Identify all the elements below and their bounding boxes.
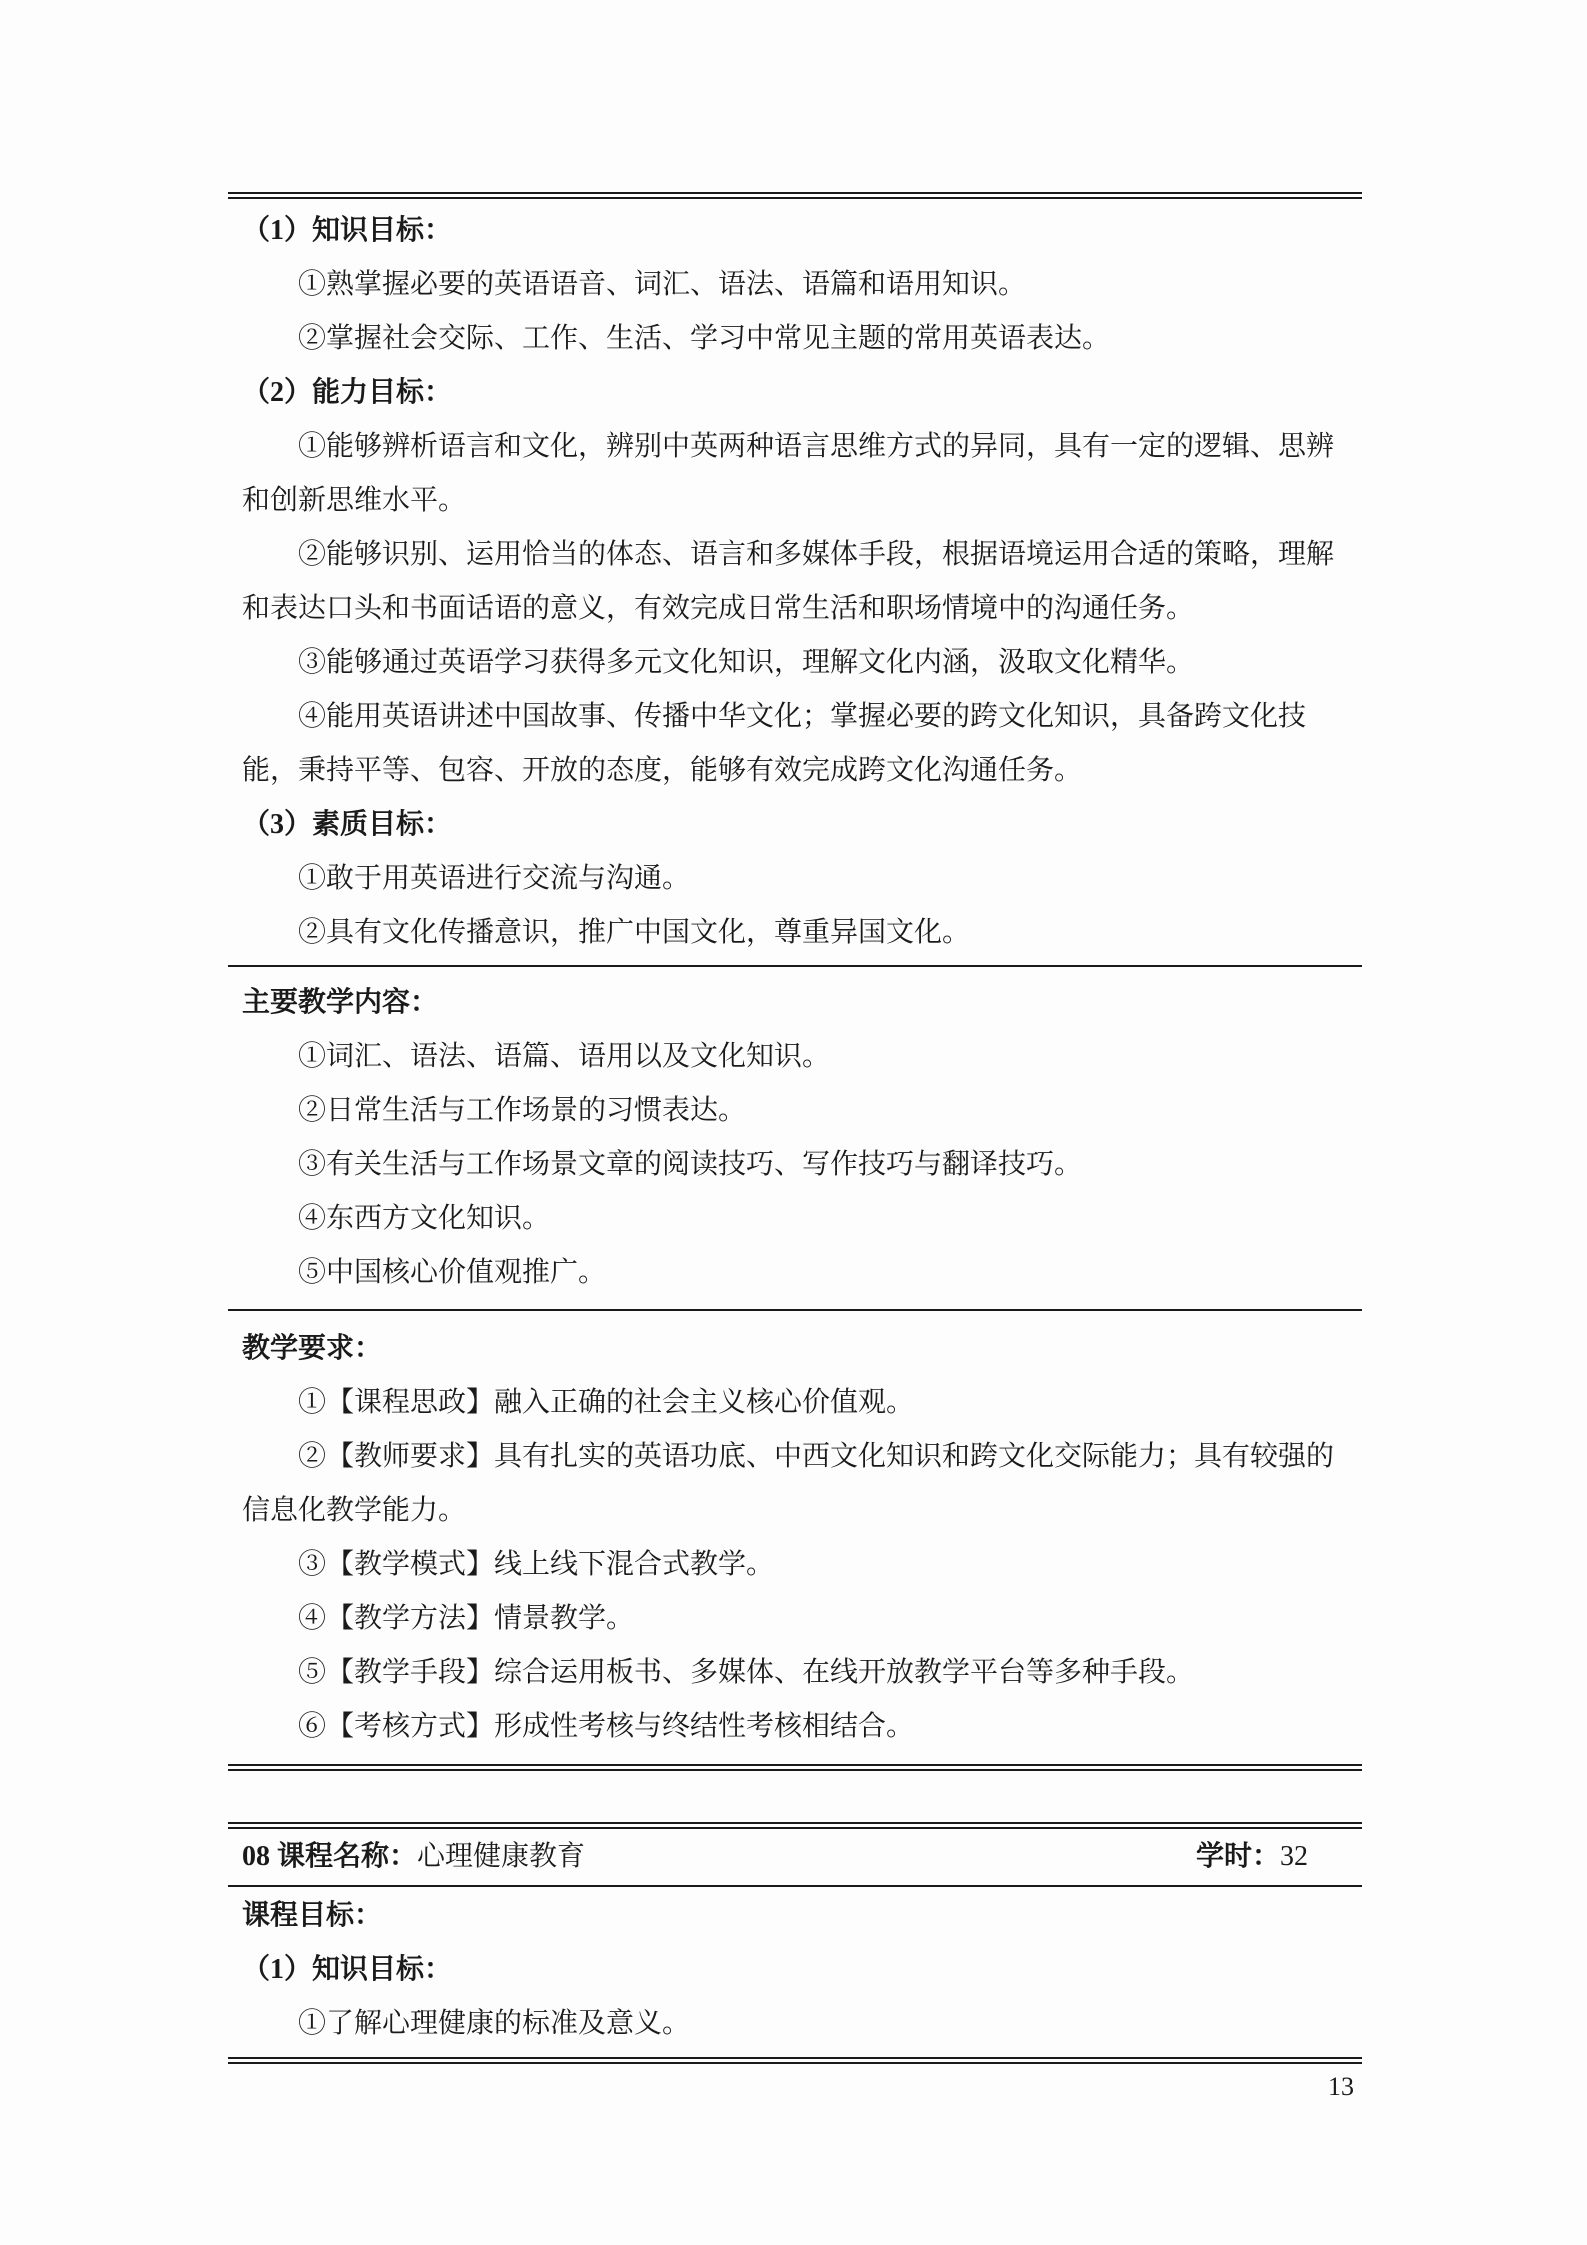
course-table-top-border xyxy=(228,1822,1362,1829)
objective-line-continuation: 和创新思维水平。 xyxy=(242,474,1348,528)
teaching-requirements-heading: 教学要求： xyxy=(242,1322,1348,1376)
requirement-line: ③【教学模式】线上线下混合式教学。 xyxy=(242,1538,1348,1592)
objective-line-continuation: 和表达口头和书面话语的意义，有效完成日常生活和职场情境中的沟通任务。 xyxy=(242,582,1348,636)
requirement-line: ④【教学方法】情景教学。 xyxy=(242,1592,1348,1646)
requirement-line: ①【课程思政】融入正确的社会主义核心价值观。 xyxy=(242,1376,1348,1430)
objective-line: ①熟掌握必要的英语语音、词汇、语法、语篇和语用知识。 xyxy=(242,258,1348,312)
hours-value: 32 xyxy=(1280,1841,1308,1872)
syllabus-document: （1）知识目标： ①熟掌握必要的英语语音、词汇、语法、语篇和语用知识。 ②掌握社… xyxy=(228,192,1362,2064)
knowledge-objectives-heading: （1）知识目标： xyxy=(242,204,1348,258)
objective-line: ①敢于用英语进行交流与沟通。 xyxy=(242,852,1348,906)
objective-line-continuation: 能，秉持平等、包容、开放的态度，能够有效完成跨文化沟通任务。 xyxy=(242,744,1348,798)
hours-label: 学时： xyxy=(1196,1841,1280,1872)
content-item: ①词汇、语法、语篇、语用以及文化知识。 xyxy=(242,1030,1348,1084)
requirement-line: ⑤【教学手段】综合运用板书、多媒体、在线开放教学平台等多种手段。 xyxy=(242,1646,1348,1700)
objective-line: ①了解心理健康的标准及意义。 xyxy=(242,1997,1348,2051)
quality-objectives-heading: （3）素质目标： xyxy=(242,798,1348,852)
ability-objectives-heading: （2）能力目标： xyxy=(242,366,1348,420)
section-course-goals: 课程目标： （1）知识目标： ①了解心理健康的标准及意义。 xyxy=(228,1887,1362,2057)
course-title: 08 课程名称：心理健康教育 xyxy=(242,1830,585,1884)
objective-line: ②能够识别、运用恰当的体态、语言和多媒体手段，根据语境运用合适的策略，理解 xyxy=(242,528,1348,582)
section-course-objectives: （1）知识目标： ①熟掌握必要的英语语音、词汇、语法、语篇和语用知识。 ②掌握社… xyxy=(228,199,1362,965)
course-table-cut-border xyxy=(228,2057,1362,2064)
content-item: ②日常生活与工作场景的习惯表达。 xyxy=(242,1084,1348,1138)
section-teaching-requirements: 教学要求： ①【课程思政】融入正确的社会主义核心价值观。 ②【教师要求】具有扎实… xyxy=(228,1311,1362,1764)
course-hours: 学时：32 xyxy=(1196,1830,1348,1884)
objective-line: ④能用英语讲述中国故事、传播中华文化；掌握必要的跨文化知识，具备跨文化技 xyxy=(242,690,1348,744)
table-gap xyxy=(228,1771,1362,1822)
content-item: ⑤中国核心价值观推广。 xyxy=(242,1246,1348,1300)
requirement-line: ②【教师要求】具有扎实的英语功底、中西文化知识和跨文化交际能力；具有较强的 xyxy=(242,1430,1348,1484)
requirement-line: ⑥【考核方式】形成性考核与终结性考核相结合。 xyxy=(242,1700,1348,1754)
course-header-row: 08 课程名称：心理健康教育 学时：32 xyxy=(228,1829,1362,1885)
course-name: 心理健康教育 xyxy=(417,1841,585,1872)
requirement-line-continuation: 信息化教学能力。 xyxy=(242,1484,1348,1538)
objective-line: ①能够辨析语言和文化，辨别中英两种语言思维方式的异同，具有一定的逻辑、思辨 xyxy=(242,420,1348,474)
course-number-label: 08 课程名称： xyxy=(242,1841,417,1872)
table-bottom-border xyxy=(228,1764,1362,1771)
page-number: 13 xyxy=(1328,2072,1354,2102)
content-item: ④东西方文化知识。 xyxy=(242,1192,1348,1246)
table-top-border xyxy=(228,192,1362,199)
content-item: ③有关生活与工作场景文章的阅读技巧、写作技巧与翻译技巧。 xyxy=(242,1138,1348,1192)
course-goals-heading: 课程目标： xyxy=(242,1889,1348,1943)
objective-line: ②具有文化传播意识，推广中国文化，尊重异国文化。 xyxy=(242,906,1348,960)
section-teaching-content: 主要教学内容： ①词汇、语法、语篇、语用以及文化知识。 ②日常生活与工作场景的习… xyxy=(228,967,1362,1309)
teaching-content-heading: 主要教学内容： xyxy=(242,976,1348,1030)
objective-line: ②掌握社会交际、工作、生活、学习中常见主题的常用英语表达。 xyxy=(242,312,1348,366)
objective-line: ③能够通过英语学习获得多元文化知识，理解文化内涵，汲取文化精华。 xyxy=(242,636,1348,690)
knowledge-objectives-heading: （1）知识目标： xyxy=(242,1943,1348,1997)
